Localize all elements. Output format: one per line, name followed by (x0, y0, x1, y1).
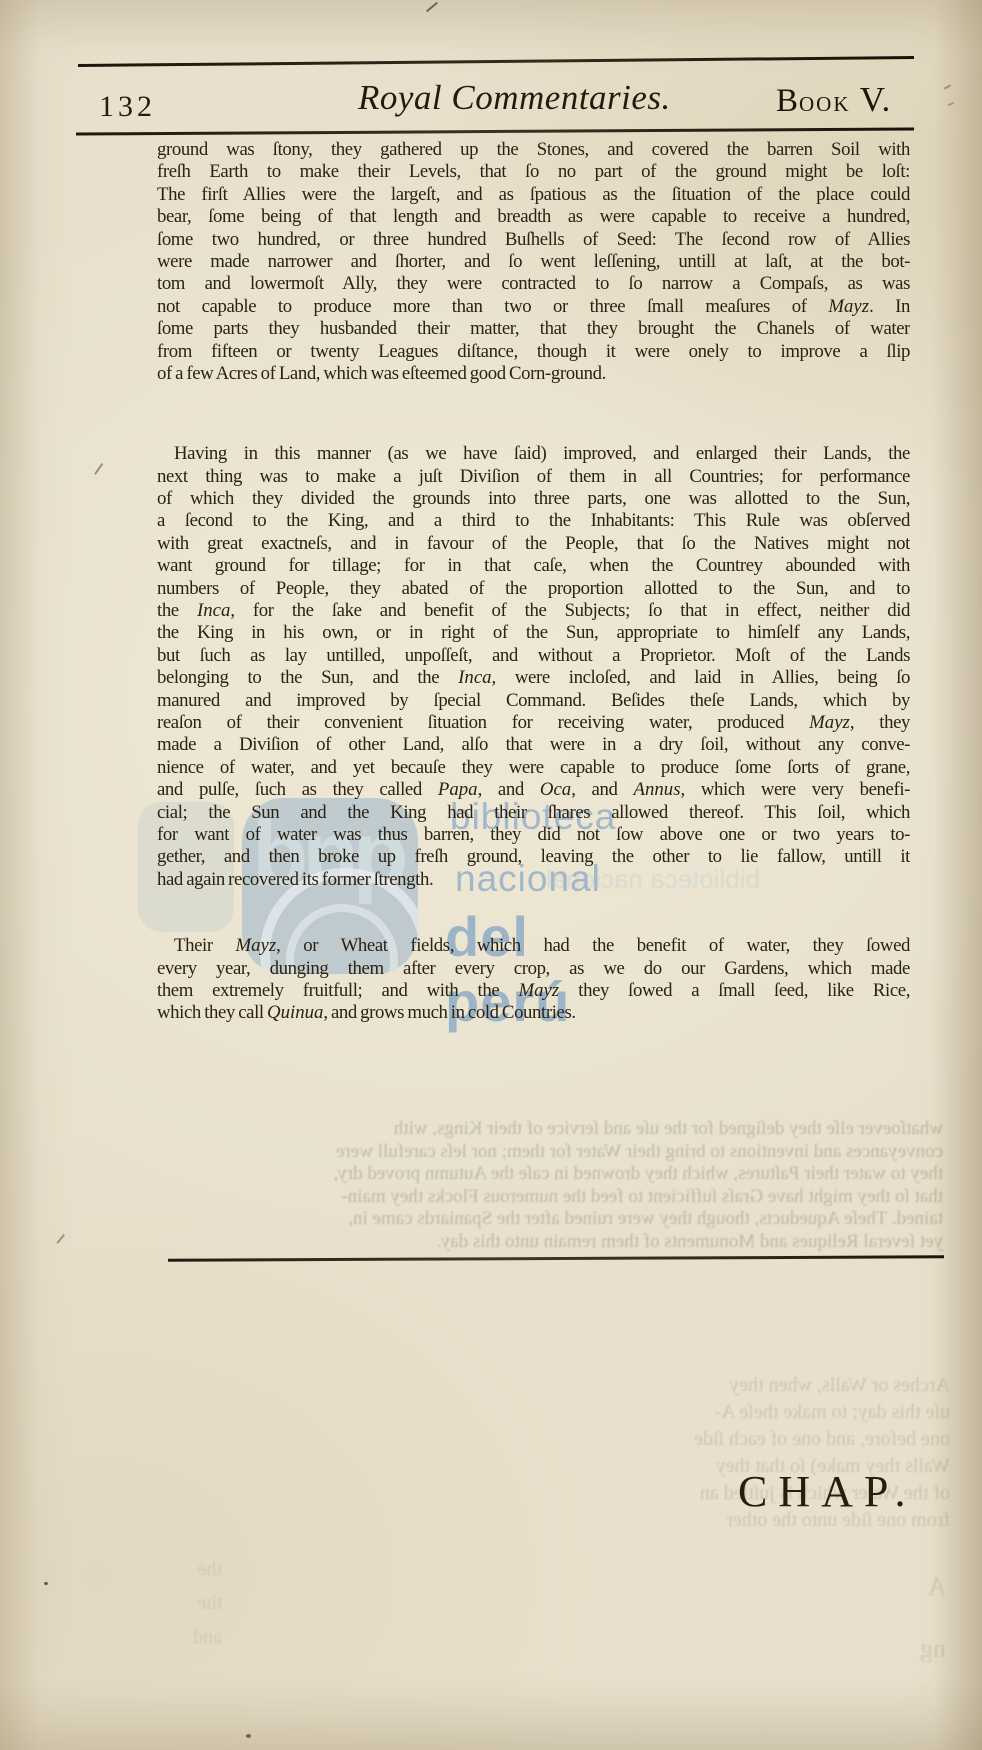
body-text: ground was ſtony, they gathered up the S… (157, 139, 910, 1025)
text-line: of which they divided the grounds into t… (157, 488, 910, 510)
text-segment: , for the ſake and benefit of the Subjec… (230, 600, 910, 621)
italic-term: Mayz (828, 296, 869, 317)
text-line: them extremely fruitfull; and with the M… (157, 980, 910, 1002)
text-segment: want ground for tillage; for in that caſ… (157, 555, 910, 576)
text-segment: with great exactneſs, and in favour of t… (157, 533, 910, 554)
text-segment: tom and lowermoſt Ally, they were contra… (157, 273, 910, 294)
text-segment: ſome two hundred, or three hundred Buſhe… (157, 229, 910, 250)
text-segment: gether, and then broke up freſh ground, … (157, 846, 910, 867)
text-segment: bear, ſome being of that length and brea… (157, 206, 910, 227)
paragraph: ground was ſtony, they gathered up the S… (157, 139, 910, 385)
text-segment: belonging to the Sun, and the (157, 667, 458, 688)
text-segment: the (157, 600, 197, 621)
text-segment: which they call (157, 1002, 267, 1023)
text-segment: not capable to produce more than two or … (157, 296, 828, 317)
text-segment: Their (174, 935, 235, 956)
text-line: were made narrower and ſhorter, and ſo w… (157, 251, 910, 273)
ink-speck (948, 102, 954, 106)
text-line: nience of water, and yet becauſe they we… (157, 757, 910, 779)
text-line: made a Diviſion of other Land, alſo that… (157, 734, 910, 756)
text-segment: nience of water, and yet becauſe they we… (157, 757, 910, 778)
ink-speck (944, 84, 951, 89)
text-line: ſome two hundred, or three hundred Buſhe… (157, 229, 910, 251)
text-line: ſome parts they husbanded their matter, … (157, 318, 910, 340)
header-bottom-rule (76, 127, 914, 135)
bleed-text-line: ng (876, 1618, 946, 1680)
italic-term: Papa (438, 779, 478, 800)
italic-term: Oca (540, 779, 571, 800)
book-word-initial: B (776, 83, 799, 119)
book-numeral: V. (860, 80, 892, 119)
text-segment: the King in his own, or in right of the … (157, 622, 910, 643)
ink-speck (426, 2, 438, 13)
text-segment: for want of water was thus barren, they … (157, 824, 910, 845)
text-segment: them extremely fruitfull; and with the (157, 980, 518, 1001)
text-line: freſh Earth to make their Levels, that ſ… (157, 161, 910, 183)
text-segment: , or Wheat fields, which had the benefit… (276, 935, 910, 956)
book-word-smallcaps: ook (799, 85, 851, 118)
text-segment: made a Diviſion of other Land, alſo that… (157, 734, 910, 755)
text-segment: ſome parts they husbanded their matter, … (157, 318, 910, 339)
italic-term: Inca (458, 667, 491, 688)
text-line: which they call Quinua, and grows much i… (157, 1002, 910, 1024)
text-segment: a ſecond to the King, and a third to the… (157, 510, 910, 531)
paragraph: Having in this manner (as we have ſaid) … (157, 443, 910, 891)
text-line: tom and lowermoſt Ally, they were contra… (157, 273, 910, 295)
text-segment: Having in this manner (as we have ſaid) … (174, 443, 910, 464)
text-segment: they ſowed a ſmall ſeed, like Rice, (559, 980, 910, 1001)
text-segment: every year, dunging them after every cro… (157, 958, 910, 979)
text-line: cial; the Sun and the King had their ſha… (157, 802, 910, 824)
bleed-zone-1: whatſoever elſe they deſigned for the uſ… (135, 1118, 943, 1253)
text-line: Their Mayz, or Wheat fields, which had t… (157, 935, 910, 957)
bleed-zone-3: thetheand (142, 1552, 222, 1654)
text-segment: ground was ſtony, they gathered up the S… (157, 139, 910, 160)
text-segment: cial; the Sun and the King had their ſha… (157, 802, 910, 823)
text-line: Having in this manner (as we have ſaid) … (157, 443, 910, 465)
text-line: a ſecond to the King, and a third to the… (157, 510, 910, 532)
bleed-text-line: the (142, 1586, 222, 1620)
text-segment: , which were very benefi- (681, 779, 911, 800)
text-line: manured and improved by ſpecial Command.… (157, 690, 910, 712)
text-line: with great exactneſs, and in favour of t… (157, 533, 910, 555)
text-segment: The firſt Allies were the largeſt, and a… (157, 184, 910, 205)
bleed-text-line: uſe this day; to make theſe A- (598, 1399, 950, 1426)
page-number: 132 (99, 90, 156, 124)
italic-term: Mayz (235, 935, 276, 956)
ink-speck (94, 463, 103, 475)
text-segment: manured and improved by ſpecial Command.… (157, 690, 910, 711)
text-segment: next thing was to make a juſt Diviſion o… (157, 466, 910, 487)
italic-term: Inca (197, 600, 230, 621)
ink-speck (246, 1734, 251, 1738)
bleed-text-line: Arches or Walls, when they (598, 1372, 950, 1399)
text-line: of a few Acres of Land, which was eſteem… (157, 363, 910, 385)
text-line: but ſuch as lay untilled, unpoſſeſt, and… (157, 645, 910, 667)
italic-term: Mayz (518, 980, 559, 1001)
bleed-text-line: one before, and one of each ſide (598, 1426, 950, 1453)
bleed-text-line: conveyances and inventions to bring thei… (135, 1141, 943, 1164)
text-line: ground was ſtony, they gathered up the S… (157, 139, 910, 161)
text-segment: and pulſe, ſuch as they called (157, 779, 438, 800)
text-line: numbers of People, they abated of the pr… (157, 578, 910, 600)
bleed-text-line: yet ſeveral Reliques and Monuments of th… (135, 1231, 943, 1254)
text-segment: , they (850, 712, 910, 733)
bleed-text-line: tained. Theſe Aqueducts, though they wer… (135, 1208, 943, 1231)
text-segment: but ſuch as lay untilled, unpoſſeſt, and… (157, 645, 910, 666)
text-segment: , and (571, 779, 633, 800)
book-label: Book V. (776, 80, 891, 120)
ink-speck (56, 1234, 64, 1243)
running-title: Royal Commentaries. (358, 78, 671, 118)
text-line: not capable to produce more than two or … (157, 296, 910, 318)
text-segment: from fifteen or twenty Leagues diſtance,… (157, 341, 910, 362)
text-segment: numbers of People, they abated of the pr… (157, 578, 910, 599)
bleed-text-line: the (142, 1552, 222, 1586)
text-line: The firſt Allies were the largeſt, and a… (157, 184, 910, 206)
text-line: want ground for tillage; for in that caſ… (157, 555, 910, 577)
italic-term: Mayz (809, 712, 850, 733)
text-line: next thing was to make a juſt Diviſion o… (157, 466, 910, 488)
text-line: gether, and then broke up freſh ground, … (157, 846, 910, 868)
text-line: had again recovered its former ſtrength. (157, 869, 910, 891)
bleed-text-line: whatſoever elſe they deſigned for the uſ… (135, 1118, 943, 1141)
text-segment: of which they divided the grounds into t… (157, 488, 910, 509)
text-segment: . In (869, 296, 910, 317)
bleed-text-line: that ſo they might have Graſs ſufficient… (135, 1186, 943, 1209)
text-segment: of a few Acres of Land, which was eſteem… (157, 363, 606, 384)
text-line: and pulſe, ſuch as they called Papa, and… (157, 779, 910, 801)
text-line: the King in his own, or in right of the … (157, 622, 910, 644)
text-line: belonging to the Sun, and the Inca, were… (157, 667, 910, 689)
ink-speck (44, 1582, 48, 1585)
text-segment: , and grows much in cold Countries. (323, 1002, 575, 1023)
text-segment: reaſon of their convenient ſituation for… (157, 712, 809, 733)
bleed-text-line: and (142, 1620, 222, 1654)
text-segment: were made narrower and ſhorter, and ſo w… (157, 251, 910, 272)
book-page-scan: bnp biblioteca nacional del perú bibliot… (0, 0, 982, 1750)
bleed-zone-4: Ang (876, 1556, 946, 1680)
paragraph: Their Mayz, or Wheat fields, which had t… (157, 935, 910, 1025)
text-segment: had again recovered its former ſtrength. (157, 869, 433, 890)
text-line: reaſon of their convenient ſituation for… (157, 712, 910, 734)
italic-term: Quinua (267, 1002, 323, 1023)
bleed-text-line: they to water their Paſtures, which they… (135, 1163, 943, 1186)
italic-term: Annus (634, 779, 681, 800)
bleed-text-line: A (876, 1556, 946, 1618)
text-line: every year, dunging them after every cro… (157, 958, 910, 980)
text-segment: freſh Earth to make their Levels, that ſ… (157, 161, 910, 182)
chapter-catchword: CHAP. (738, 1466, 917, 1517)
text-line: the Inca, for the ſake and benefit of th… (157, 600, 910, 622)
text-line: bear, ſome being of that length and brea… (157, 206, 910, 228)
text-line: for want of water was thus barren, they … (157, 824, 910, 846)
header-top-rule (78, 56, 914, 67)
section-divider-rule (168, 1255, 944, 1261)
text-segment: , and (478, 779, 540, 800)
text-segment: , were incloſed, and laid in Allies, bei… (492, 667, 910, 688)
text-line: from fifteen or twenty Leagues diſtance,… (157, 341, 910, 363)
